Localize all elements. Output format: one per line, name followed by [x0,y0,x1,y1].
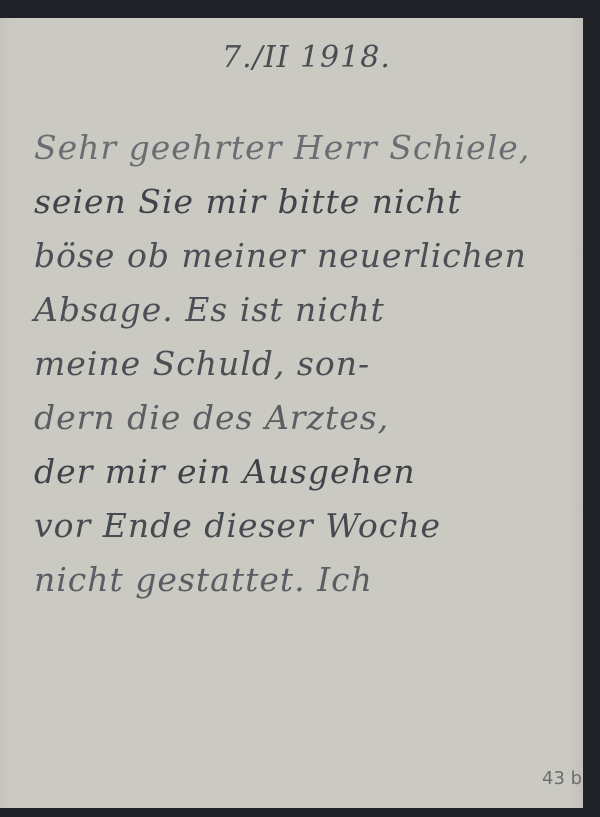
letter-line-7: der mir ein Ausgehen [34,452,416,491]
letter-line-8: vor Ende dieser Woche [34,506,441,545]
letter-line-6: dern die des Arztes, [34,398,389,437]
letter-line-9: nicht gestattet. Ich [34,560,373,599]
letter-page: 7./II 1918. Sehr geehrter Herr Schiele, … [0,18,583,808]
letter-line-5: meine Schuld, son- [34,344,370,383]
letter-line-3: böse ob meiner neuerlichen [34,236,527,275]
letter-line-4: Absage. Es ist nicht [34,290,385,329]
folio-number: 43 b [542,768,582,789]
letter-line-2: seien Sie mir bitte nicht [34,182,462,221]
letter-line-1: Sehr geehrter Herr Schiele, [34,128,530,167]
letter-date: 7./II 1918. [222,40,391,75]
